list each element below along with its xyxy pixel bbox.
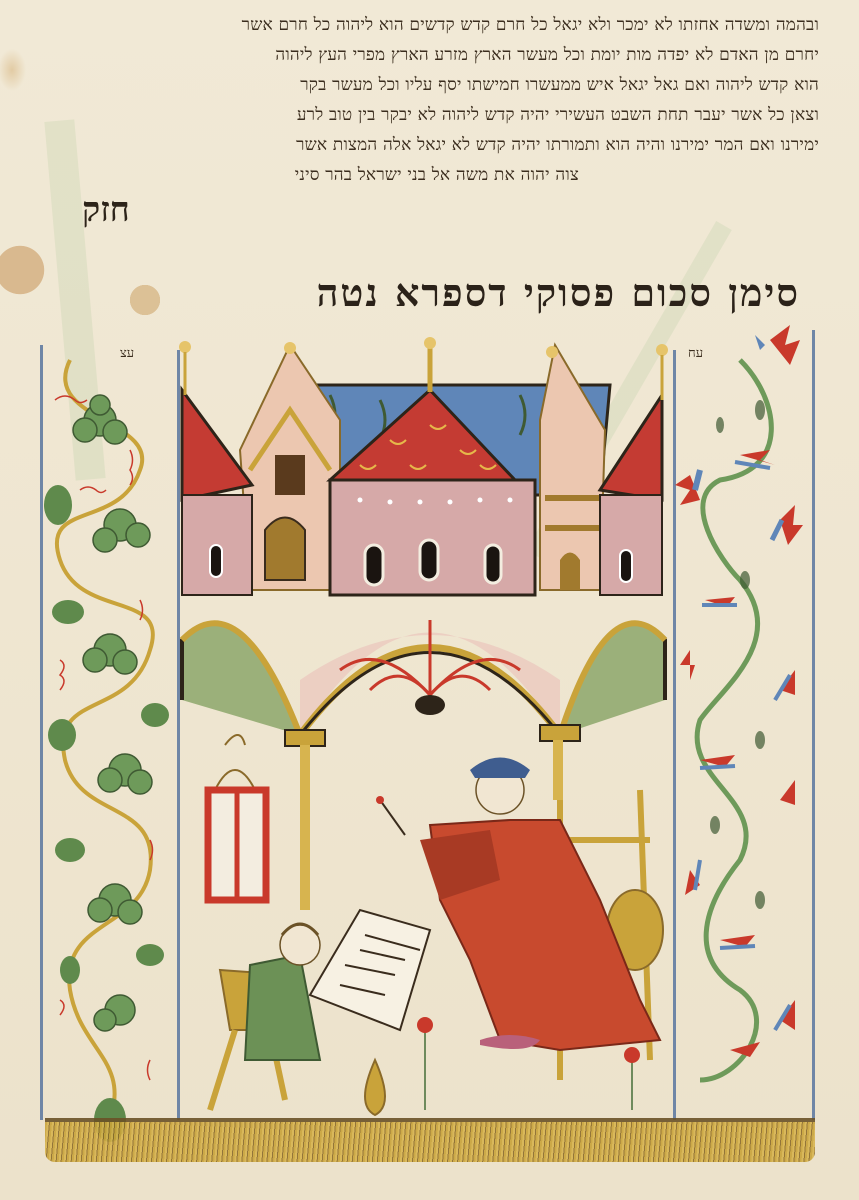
- pupil-figure: [210, 910, 430, 1110]
- castle: [179, 337, 668, 595]
- teacher-figure: [376, 758, 663, 1081]
- right-border-vine: [675, 325, 803, 1080]
- illustration: [0, 0, 859, 1200]
- lantern: [208, 735, 266, 900]
- left-border-vine: [44, 360, 169, 1142]
- manuscript-page: ובהמה ומשדה אחזתו לא ימכר ולא יגאל כל חר…: [0, 0, 859, 1200]
- grass-ground: [45, 1118, 815, 1162]
